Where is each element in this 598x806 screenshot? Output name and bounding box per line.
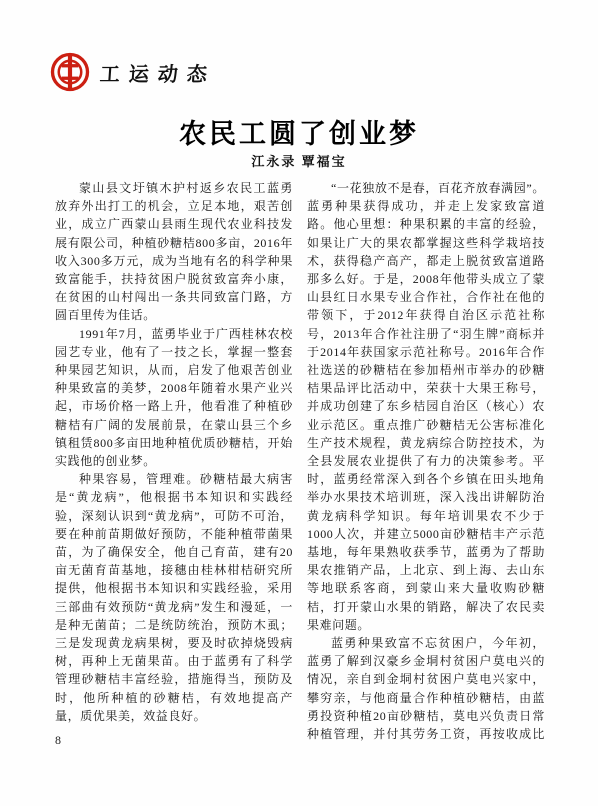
paragraph: 种果容易，管理难。砂糖桔最大病害是“黄龙病”，他根据书本知识和实践经验，深刻认识… [55, 470, 293, 725]
china-trade-union-emblem-icon [50, 52, 90, 92]
masthead-title: 工运动态 [99, 58, 217, 87]
article-authors: 江永录 覃福宝 [0, 151, 598, 170]
paragraph: “一花独放不是春，百花齐放春满园”。蓝勇种果获得成功，并走上发家致富道路。他心里… [307, 179, 545, 634]
article-title: 农民工圆了创业梦 [0, 112, 598, 151]
masthead: 工运动态 [50, 52, 216, 92]
magazine-page: 工运动态 农民工圆了创业梦 江永录 覃福宝 蒙山县文圩镇木护村返乡农民工蓝勇放弃… [0, 0, 598, 806]
paragraph: 蒙山县文圩镇木护村返乡农民工蓝勇放弃外出打工的机会，立足本地，艰苦创业，成立广西… [55, 179, 293, 325]
paragraph: 1991年7月，蓝勇毕业于广西桂林农校园艺专业，他有了一技之长，掌握一整套种果园… [55, 325, 293, 471]
article-body: 蒙山县文圩镇木护村返乡农民工蓝勇放弃外出打工的机会，立足本地，艰苦创业，成立广西… [55, 179, 545, 753]
page-number: 8 [55, 733, 61, 748]
